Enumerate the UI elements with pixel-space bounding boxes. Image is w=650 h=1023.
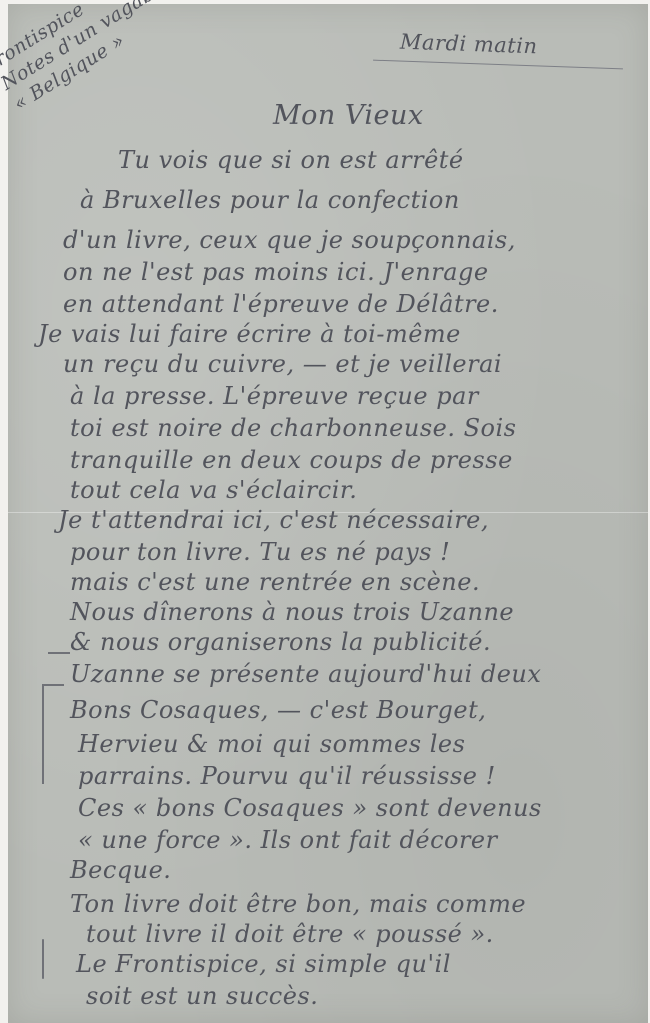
margin-bracket-top [42,684,64,686]
letter-line: pour ton livre. Tu es né pays ! [70,538,450,566]
letter-line: Bons Cosaques, — c'est Bourget, [70,696,486,724]
letter-line: soit est un succès. [86,982,318,1010]
letter-line: tout livre il doit être « poussé ». [86,920,494,948]
letter-line: Hervieu & moi qui sommes les [78,730,465,758]
letter-line: tranquille en deux coups de presse [70,446,513,474]
letter-line: Ton livre doit être bon, mais comme [70,890,526,918]
letter-line: « une force ». Ils ont fait décorer [78,826,498,854]
letter-line: d'un livre, ceux que je soupçonnais, [63,226,516,254]
salutation: Mon Vieux [273,100,424,131]
margin-note: frontispice Notes d'un vagabond « Belgiq… [0,0,203,116]
letter-line: Tu vois que si on est arrêté [118,146,464,174]
letter-line: Je vais lui faire écrire à toi-même [38,320,461,348]
dateline-underline [373,60,623,70]
letter-line: à Bruxelles pour la confection [80,186,460,214]
letter-line: Nous dînerons à nous trois Uzanne [70,598,514,626]
margin-bracket-bottom [42,939,44,979]
letter-line: & nous organiserons la publicité. [70,628,491,656]
dateline: Mardi matin [400,30,538,59]
letter-line: à la presse. L'épreuve reçue par [70,382,479,410]
letter-line: toi est noire de charbonneuse. Sois [70,414,517,442]
letter-line: mais c'est une rentrée en scène. [70,568,480,596]
letter-sheet: Mardi matin frontispice Notes d'un vagab… [8,4,648,1023]
letter-line: Le Frontispice, si simple qu'il [76,950,451,978]
letter-line: Uzanne se présente aujourd'hui deux [70,660,541,688]
letter-line: un reçu du cuivre, — et je veillerai [63,350,502,378]
letter-line: Ces « bons Cosaques » sont devenus [78,794,542,822]
letter-line: en attendant l'épreuve de Délâtre. [63,290,499,318]
letter-line: tout cela va s'éclaircir. [70,476,357,504]
letter-line: Becque. [70,856,171,884]
letter-line: parrains. Pourvu qu'il réussisse ! [78,762,496,790]
letter-line: Je t'attendrai ici, c'est nécessaire, [58,506,489,534]
margin-dash-mark [48,652,70,654]
margin-bracket [42,684,44,784]
letter-line: on ne l'est pas moins ici. J'enrage [63,258,489,286]
